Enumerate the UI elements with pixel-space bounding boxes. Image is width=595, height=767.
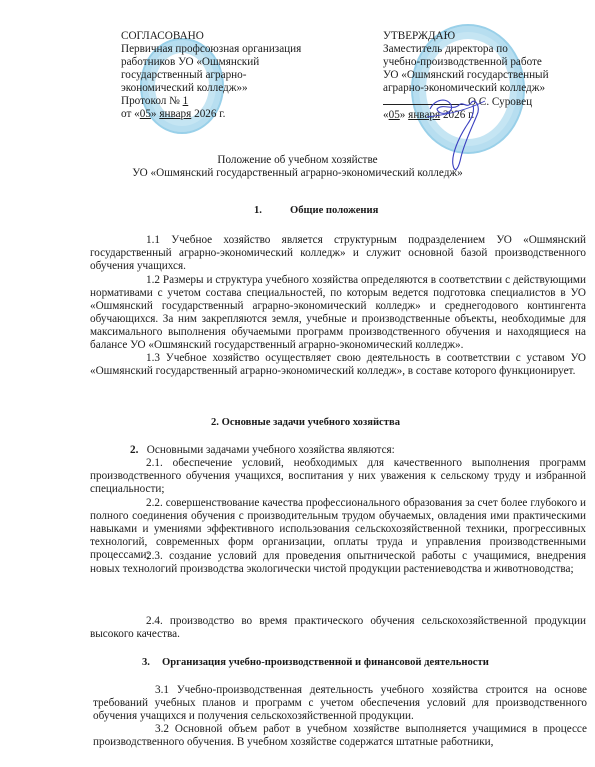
- section-number: 1.: [254, 205, 262, 216]
- section-title: Организация учебно-производственной и фи…: [162, 657, 489, 668]
- approved-position-line1: Заместитель директора по: [383, 43, 583, 56]
- date-day: 05: [389, 109, 400, 121]
- signatory-name: О.С. Суровец: [468, 96, 532, 108]
- agreed-date: от «05» января 2026 г.: [121, 108, 311, 121]
- section-title: Общие положения: [290, 205, 378, 216]
- document-title: Положение об учебном хозяйстве: [0, 154, 595, 167]
- agreed-org-line3: государственный аграрно-: [121, 69, 311, 82]
- paragraph-2-3: 2.3. создание условий для проведения опы…: [90, 550, 586, 576]
- document-subtitle: УО «Ошмянский государственный аграрно-эк…: [0, 167, 595, 180]
- section-2-intro: 2. Основными задачами учебного хозяйства…: [90, 444, 586, 457]
- approved-position-line2: учебно-производственной работе: [383, 56, 583, 69]
- approved-date: «05» января 2026 г.: [383, 109, 583, 122]
- approved-signatory: О.С. Суровец: [383, 95, 583, 109]
- approved-position-line3: УО «Ошмянский государственный: [383, 69, 583, 82]
- paragraph-1-2: 1.2 Размеры и структура учебного хозяйст…: [90, 274, 586, 353]
- agreed-org-line4: экономический колледж»»: [121, 82, 311, 95]
- signature-line: [383, 95, 465, 105]
- paragraph-text: 1.2 Размеры и структура учебного хозяйст…: [90, 274, 586, 351]
- approval-block-agreed: СОГЛАСОВАНО Первичная профсоюзная органи…: [121, 30, 311, 121]
- paragraph-text: 1.1 Учебное хозяйство является структурн…: [90, 234, 586, 272]
- protocol-number: 1: [183, 95, 189, 107]
- approved-position-line4: аграрно-экономический колледж»: [383, 82, 583, 95]
- document-page: СОГЛАСОВАНО Первичная профсоюзная органи…: [0, 0, 595, 767]
- paragraph-1-1: 1.1 Учебное хозяйство является структурн…: [90, 234, 586, 273]
- date-year: 2026 г.: [440, 109, 474, 121]
- paragraph-text: 2.4. производство во время практического…: [90, 615, 586, 640]
- intro-number: 2.: [130, 444, 138, 456]
- agreed-protocol: Протокол № 1: [121, 95, 311, 108]
- date-prefix: от «: [121, 108, 140, 120]
- section-number: 3.: [142, 657, 150, 668]
- paragraph-text: 3.1 Учебно-производственная деятельность…: [93, 684, 587, 722]
- paragraph-2-4: 2.4. производство во время практического…: [90, 615, 586, 641]
- date-month: января: [159, 108, 191, 120]
- paragraph-1-3: 1.3 Учебное хозяйство осуществляет свою …: [90, 352, 586, 378]
- agreed-org-line2: работников УО «Ошмянский: [121, 56, 311, 69]
- approval-block-approved: УТВЕРЖДАЮ Заместитель директора по учебн…: [383, 30, 583, 122]
- intro-text: Основными задачами учебного хозяйства яв…: [147, 444, 395, 456]
- paragraph-3-1: 3.1 Учебно-производственная деятельность…: [93, 684, 587, 723]
- paragraph-3-2: 3.2 Основной объем работ в учебном хозяй…: [93, 723, 587, 749]
- date-day: 05: [140, 108, 151, 120]
- approved-heading: УТВЕРЖДАЮ: [383, 30, 583, 43]
- paragraph-2-1: 2.1. обеспечение условий, необходимых дл…: [90, 457, 586, 496]
- protocol-label: Протокол №: [121, 95, 183, 107]
- section-2-heading: 2. Основные задачи учебного хозяйства: [8, 417, 595, 428]
- agreed-org-line1: Первичная профсоюзная организация: [121, 43, 311, 56]
- paragraph-text: 3.2 Основной объем работ в учебном хозяй…: [93, 723, 587, 748]
- date-month: января: [408, 109, 440, 121]
- agreed-heading: СОГЛАСОВАНО: [121, 30, 311, 43]
- date-year: 2026 г.: [191, 108, 225, 120]
- date-mid: »: [400, 109, 408, 121]
- paragraph-text: 2.1. обеспечение условий, необходимых дл…: [90, 457, 586, 495]
- paragraph-text: 1.3 Учебное хозяйство осуществляет свою …: [90, 352, 586, 377]
- paragraph-text: 2.3. создание условий для проведения опы…: [90, 550, 586, 575]
